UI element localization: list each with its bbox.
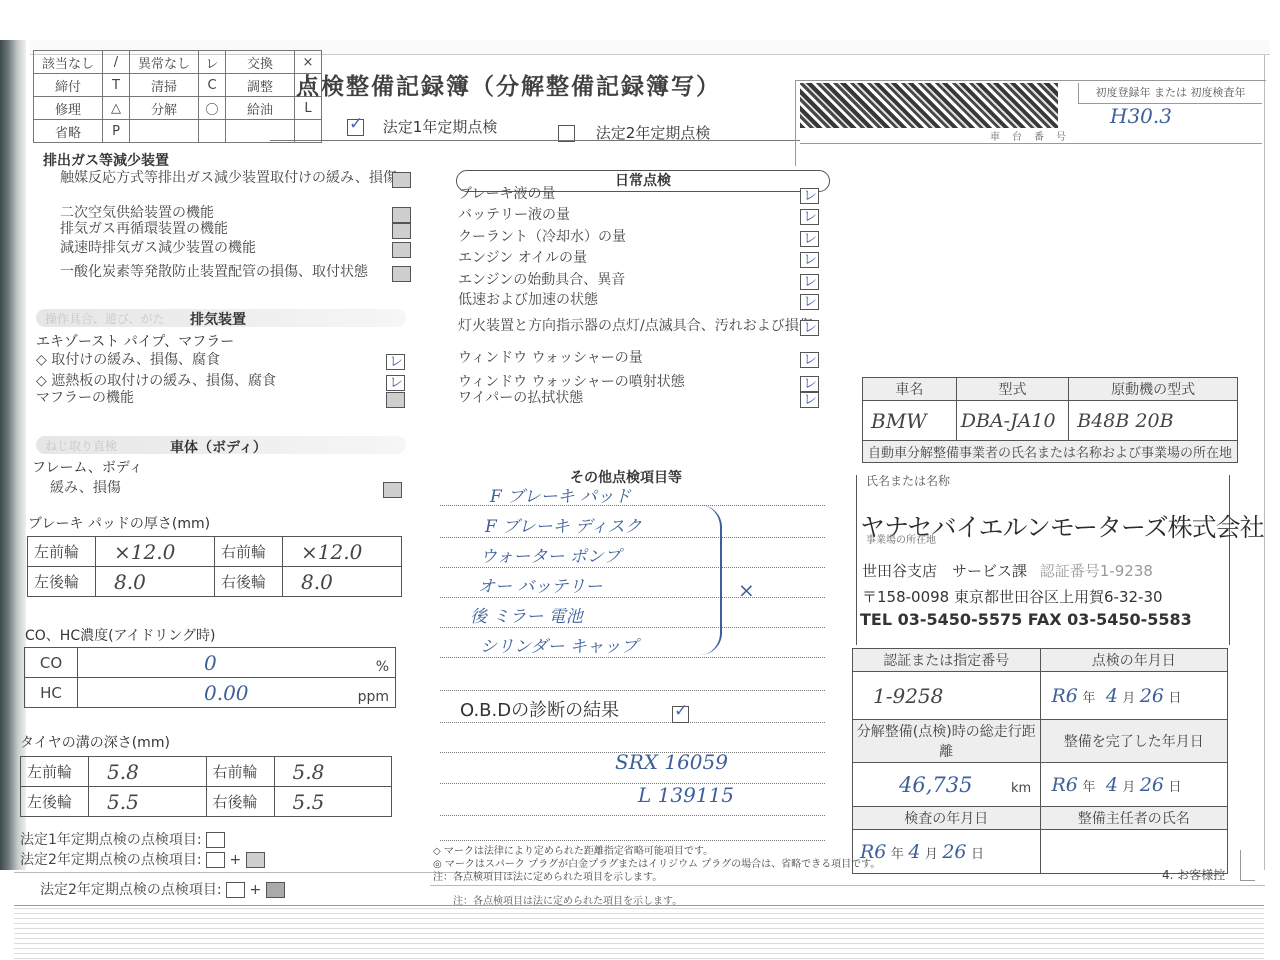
check-mark-icon: レ	[803, 349, 817, 369]
option-1year[interactable]: 法定1年定期点検	[347, 116, 497, 137]
legend-cell: 分解	[130, 97, 199, 120]
wheel-label: 右後輪	[215, 567, 283, 597]
exhaust-section-title: 排気装置	[190, 309, 246, 329]
check-box[interactable]	[386, 392, 405, 408]
complete-date-label: 整備を完了した年月日	[1040, 720, 1228, 763]
gray-box-icon	[266, 882, 285, 898]
footnote: 注：各点検項目は法に定められた項目を示します。	[433, 868, 662, 883]
check-item-label: ◇ 遮熱板の取付けの緩み、損傷、腐食	[36, 373, 276, 389]
check-box[interactable]: レ	[800, 209, 819, 225]
check-mark-icon: レ	[803, 271, 817, 291]
other-item-note: ウォーター ポンプ	[480, 542, 621, 567]
sheet-corner	[1240, 850, 1255, 881]
wheel-label: 左後輪	[28, 567, 96, 597]
gas-value-cell: 0%	[78, 648, 396, 678]
sheet-edge	[430, 885, 1265, 886]
white-box-icon	[206, 852, 225, 868]
check-item-label: ◇ 取付けの緩み、損傷、腐食	[36, 352, 220, 368]
check-mark-icon: レ	[803, 291, 817, 311]
record-table: 認証または指定番号 点検の年月日 1-9258 R6 年 4 月 26 日 分解…	[852, 648, 1228, 874]
grid-row: 左後輪8.0右後輪8.0	[28, 567, 402, 597]
dotted-line	[440, 815, 825, 817]
check-box[interactable]	[392, 242, 411, 258]
gas-row: CO0%	[25, 648, 396, 678]
first-reg-value: H30.3	[1110, 104, 1172, 128]
legend-cell	[130, 120, 199, 143]
white-box-icon	[226, 882, 245, 898]
check-item-label: 灯火装置と方向指示器の点灯/点滅具合、汚れおよび損傷	[458, 318, 813, 334]
mileage-label: 分解整備(点検)時の総走行距離	[853, 720, 1041, 763]
legend-cell: 異常なし	[130, 51, 199, 74]
header-car-name: 車名	[863, 378, 957, 401]
check-item-label: 排気ガス再循環装置の機能	[60, 221, 228, 237]
unit-day: 日	[1168, 691, 1181, 706]
stamp-branch: 世田谷支店 サービス課 認証番号1-9238	[862, 560, 1153, 581]
check-item-label: 一酸化炭素等発散防止装置配管の損傷、取付状態	[60, 264, 368, 280]
body-section-title: 車体（ボディ）	[170, 437, 267, 457]
wheel-value: 5.8	[89, 757, 207, 787]
wheel-value: ×12.0	[283, 537, 402, 567]
legend-cell: 〇	[199, 97, 226, 120]
key-note-label: 法定1年定期点検の点検項目:	[20, 832, 202, 848]
inspect-date-value: R6 年 4 月 26 日	[1040, 672, 1228, 720]
unit-year: 年	[891, 847, 904, 862]
complete-date-value: R6 年 4 月 26 日	[1040, 763, 1228, 807]
legend-cell: T	[103, 74, 130, 97]
chassis-label: 車台番号	[990, 128, 1078, 143]
check-mark-icon: レ	[803, 389, 817, 409]
check-item-label: 二次空気供給装置の機能	[60, 205, 214, 221]
wheel-value: 8.0	[283, 567, 402, 597]
key-note-2year-underlay: 法定2年定期点検の点検項目: +	[40, 882, 285, 898]
era-year: R6	[860, 841, 886, 863]
emission-section-title: 排出ガス等減少装置	[43, 150, 169, 170]
check-box[interactable]: レ	[800, 352, 819, 368]
check-item-label: エンジンの始動具合、異音	[458, 272, 625, 288]
legend-cell: 省略	[34, 120, 103, 143]
dotted-line	[440, 537, 825, 539]
check-item-label: ウィンドウ ウォッシャーの噴射状態	[458, 374, 685, 390]
divider	[270, 140, 800, 141]
grid-row: 左前輪×12.0右前輪×12.0	[28, 537, 402, 567]
unit-month: 月	[1122, 691, 1135, 706]
gas-value: 0	[204, 651, 217, 675]
wheel-value: 5.5	[89, 787, 207, 817]
legend-cell: 調整	[226, 74, 295, 97]
legend-cell: 該当なし	[34, 51, 103, 74]
check-mark-icon: レ	[803, 249, 817, 269]
unit-day: 日	[1168, 780, 1181, 795]
exam-date-value: R6 年 4 月 26 日	[853, 830, 1041, 874]
exam-date-label: 検査の年月日	[853, 807, 1041, 830]
brake-pad-table: 左前輪×12.0右前輪×12.0左後輪8.0右後輪8.0	[27, 536, 402, 597]
key-note-label: 法定2年定期点検の点検項目:	[20, 852, 202, 868]
model-value: DBA-JA10	[956, 401, 1069, 441]
obd-note: L 139115	[638, 783, 734, 807]
dotted-line	[440, 567, 825, 569]
wheel-value: 8.0	[96, 567, 215, 597]
wheel-label: 左前輪	[21, 757, 89, 787]
legend-cell: 交換	[226, 51, 295, 74]
legend-row: 該当なし/異常なしレ交換×	[34, 51, 322, 74]
copy-label: 4. お客様控	[1162, 866, 1225, 883]
legend-cell: C	[199, 74, 226, 97]
handwritten-bracket	[700, 505, 722, 655]
dotted-line	[440, 657, 825, 659]
header-engine-model: 原動機の型式	[1069, 378, 1238, 401]
bracket-mark: ×	[738, 578, 755, 602]
legend-cell: 給油	[226, 97, 295, 120]
unit-year: 年	[1082, 780, 1095, 795]
legend-cell: 清掃	[130, 74, 199, 97]
faded-label: ねじ取り直検	[45, 437, 117, 454]
co-hc-title: CO、HC濃度(アイドリング時)	[25, 628, 215, 644]
dotted-line	[440, 597, 825, 599]
legend-cell: 締付	[34, 74, 103, 97]
redacted-reg-number	[800, 83, 1058, 128]
check-box[interactable]: レ	[800, 231, 819, 247]
legend-cell	[199, 120, 226, 143]
option-label: 法定1年定期点検	[383, 118, 498, 136]
check-box[interactable]	[392, 172, 411, 188]
check-item-label: クーラント（冷却水）の量	[458, 229, 626, 245]
key-note-2year: 法定2年定期点検の点検項目: +	[20, 852, 265, 868]
check-box[interactable]	[392, 223, 411, 239]
divider	[800, 143, 1262, 144]
wheel-value: 5.5	[274, 787, 392, 817]
gas-row: HC0.00ppm	[25, 678, 396, 708]
check-mark-icon: レ	[803, 228, 817, 248]
check-box[interactable]: レ	[386, 375, 405, 391]
name-label: 氏名または名称	[866, 472, 950, 489]
header-model: 型式	[956, 378, 1069, 401]
day: 26	[1140, 685, 1164, 707]
stamp-address: 〒158-0098 東京都世田谷区上用賀6-32-30	[862, 586, 1163, 607]
inspect-date-label: 点検の年月日	[1040, 649, 1228, 672]
branch-text: 世田谷支店 サービス課	[862, 562, 1027, 580]
legend-cell: △	[103, 97, 130, 120]
checkbox-icon[interactable]	[347, 119, 364, 136]
cert-text: 認証番号1-9238	[1040, 562, 1153, 580]
other-item-note: F ブレーキ ディスク	[485, 512, 642, 537]
era-year: R6	[1052, 774, 1078, 796]
tire-depth-table: 左前輪5.8右前輪5.8左後輪5.5右後輪5.5	[20, 756, 392, 817]
gas-value-cell: 0.00ppm	[78, 678, 396, 708]
check-box[interactable]: レ	[800, 274, 819, 290]
wheel-label: 左後輪	[21, 787, 89, 817]
wheel-label: 右前輪	[206, 757, 274, 787]
dotted-line	[440, 722, 825, 724]
other-item-note: 後 ミラー 電池	[470, 602, 583, 627]
brake-pad-title: ブレーキ パッドの厚さ(mm)	[28, 516, 210, 532]
check-item-label: バッテリー液の量	[458, 207, 570, 223]
key-note-1year: 法定1年定期点検の点検項目:	[20, 832, 225, 848]
check-box[interactable]: レ	[800, 392, 819, 408]
obd-label: O.B.Dの診断の結果	[460, 696, 619, 722]
check-box[interactable]: レ	[800, 320, 819, 336]
first-reg-label: 初度登録年 または 初度検査年	[1078, 83, 1262, 104]
faded-label: 操作具合、遊び、がた	[45, 310, 165, 327]
mark-legend-table: 該当なし/異常なしレ交換×締付T清掃C調整A修理△分解〇給油L省略P	[33, 50, 322, 143]
check-box[interactable]: レ	[800, 252, 819, 268]
dotted-line	[440, 783, 825, 785]
cert-value: 1-9258	[853, 672, 1041, 720]
check-item-label: ブレーキ液の量	[458, 186, 555, 202]
mileage-value: 46,735	[899, 773, 972, 797]
obd-checkbox[interactable]	[672, 706, 689, 723]
check-box[interactable]	[392, 266, 411, 282]
dotted-line	[440, 505, 825, 507]
day: 26	[1140, 774, 1164, 796]
check-item-label: 減速時排気ガス減少装置の機能	[60, 240, 256, 256]
engine-model-value: B48B 20B	[1069, 401, 1238, 441]
grid-row: 左後輪5.5右後輪5.5	[21, 787, 392, 817]
gas-unit: ppm	[358, 689, 389, 705]
unit-year: 年	[1082, 691, 1095, 706]
check-box[interactable]: レ	[386, 354, 405, 370]
dotted-line	[440, 690, 825, 692]
wheel-label: 右前輪	[215, 537, 283, 567]
tire-depth-title: タイヤの溝の深さ(mm)	[20, 735, 170, 751]
scan-top-margin	[0, 0, 1280, 40]
check-mark-icon: レ	[803, 185, 817, 205]
month: 4	[1106, 685, 1118, 707]
grid-row: 左前輪5.8右前輪5.8	[21, 757, 392, 787]
wheel-value: ×12.0	[96, 537, 215, 567]
mileage-value-cell: 46,735 km	[853, 763, 1041, 807]
white-box-icon	[206, 832, 225, 848]
check-mark-icon: レ	[803, 317, 817, 337]
check-item-label: ワイパーの払拭状態	[458, 390, 583, 406]
legend-cell: /	[103, 51, 130, 74]
legend-row: 修理△分解〇給油L	[34, 97, 322, 120]
car-name-value: BMW	[863, 401, 957, 441]
key-note-label: 法定2年定期点検の点検項目:	[40, 882, 222, 898]
check-box[interactable]: レ	[800, 188, 819, 204]
mileage-unit: km	[1011, 781, 1031, 796]
check-box[interactable]	[392, 207, 411, 223]
check-item-label: エンジン オイルの量	[458, 250, 587, 266]
gas-label: CO	[25, 648, 78, 678]
supervisor-label: 整備主任者の氏名	[1040, 807, 1228, 830]
body-subtitle: フレーム、ボディ	[32, 460, 143, 476]
co-hc-table: CO0%HC0.00ppm	[24, 647, 396, 708]
business-header: 自動車分解整備事業者の氏名または名称および事業場の所在地	[863, 441, 1238, 463]
legend-row: 締付T清掃C調整A	[34, 74, 322, 97]
check-item-label: ウィンドウ ウォッシャーの量	[458, 350, 643, 366]
scan-bottom-lines	[14, 905, 1264, 960]
location-label: 事業場の所在地	[866, 531, 936, 546]
check-item-label: 低速および加速の状態	[458, 292, 598, 308]
month: 4	[908, 841, 920, 863]
legend-cell: 修理	[34, 97, 103, 120]
cert-label: 認証または指定番号	[853, 649, 1041, 672]
legend-cell: P	[103, 120, 130, 143]
wheel-value: 5.8	[274, 757, 392, 787]
other-item-note: シリンダー キャップ	[480, 632, 638, 657]
exhaust-subtitle: エキゾースト パイプ、マフラー	[36, 334, 234, 350]
check-mark-icon: レ	[389, 372, 403, 392]
unit-month: 月	[925, 847, 938, 862]
obd-note: SRX 16059	[615, 750, 728, 774]
wheel-label: 左前輪	[28, 537, 96, 567]
wheel-label: 右後輪	[206, 787, 274, 817]
check-item-label: 緩み、損傷	[50, 480, 121, 496]
month: 4	[1106, 774, 1118, 796]
vehicle-info-table: 車名 型式 原動機の型式 BMW DBA-JA10 B48B 20B 自動車分解…	[862, 377, 1238, 463]
stamp-phone: TEL 03-5450-5575 FAX 03-5450-5583	[860, 610, 1192, 629]
check-box[interactable]: レ	[800, 294, 819, 310]
check-mark-icon: レ	[803, 206, 817, 226]
check-item-label: マフラーの機能	[36, 390, 134, 406]
form-title: 点検整備記録簿（分解整備記録簿写）	[296, 68, 721, 101]
gas-value: 0.00	[204, 681, 249, 705]
gray-box-icon	[246, 852, 265, 868]
check-item-label: 触媒反応方式等排出ガス減少装置取付けの緩み、損傷	[60, 170, 397, 186]
dotted-line	[440, 627, 825, 629]
era-year: R6	[1052, 685, 1078, 707]
gas-unit: %	[376, 659, 389, 675]
other-item-note: オー バッテリー	[478, 572, 602, 597]
check-mark-icon: レ	[389, 351, 403, 371]
check-box[interactable]	[383, 482, 402, 498]
other-item-note: F ブレーキ パッド	[490, 482, 631, 507]
unit-month: 月	[1122, 780, 1135, 795]
unit-day: 日	[971, 847, 984, 862]
day: 26	[942, 841, 966, 863]
legend-cell: レ	[199, 51, 226, 74]
gas-label: HC	[25, 678, 78, 708]
